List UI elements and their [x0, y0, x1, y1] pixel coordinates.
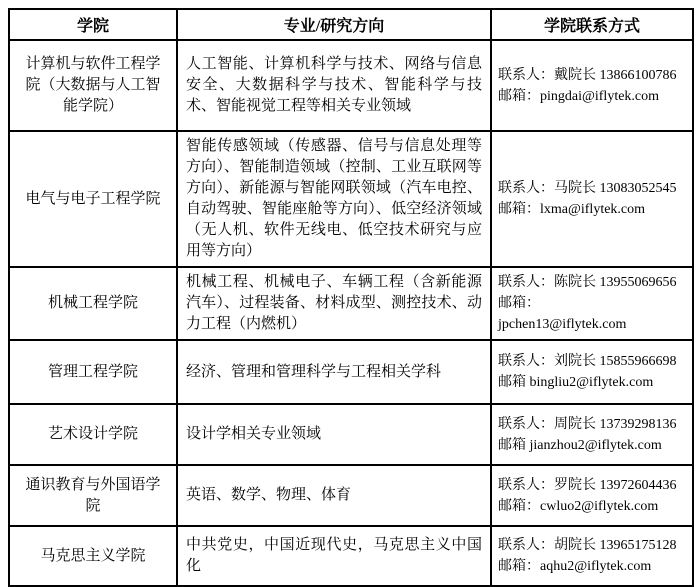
contact-person-line: 联系人：马院长 13083052545 — [498, 178, 686, 199]
contact-person-line: 联系人：刘院长 15855966698 — [498, 351, 686, 372]
majors-text: 人工智能、计算机科学与技术、网络与信息安全、大数据科学与技术、智能科学与技术、智… — [177, 40, 491, 131]
contact-person-line: 联系人：罗院长 13972604436 — [498, 475, 686, 496]
contact-email-line: 邮箱：cwluo2@iflytek.com — [498, 496, 686, 517]
college-name: 马克思主义学院 — [9, 526, 177, 586]
contact-email-label-line: 邮箱： — [498, 293, 686, 314]
college-name: 艺术设计学院 — [9, 404, 177, 465]
column-header-college: 学院 — [9, 9, 177, 40]
college-name: 管理工程学院 — [9, 340, 177, 404]
contact-person-line: 联系人：周院长 13739298136 — [498, 414, 686, 435]
contact-cell: 联系人：戴院长 13866100786 邮箱：pingdai@iflytek.c… — [491, 40, 693, 131]
contact-person-line: 联系人：戴院长 13866100786 — [498, 65, 686, 86]
contact-email-line: 邮箱 bingliu2@iflytek.com — [498, 372, 686, 393]
contact-cell: 联系人：周院长 13739298136 邮箱 jianzhou2@iflytek… — [491, 404, 693, 465]
table-row: 通识教育与外国语学院 英语、数学、物理、体育 联系人：罗院长 139726044… — [9, 465, 693, 526]
contact-cell: 联系人：陈院长 13955069656 邮箱： jpchen13@iflytek… — [491, 267, 693, 340]
table-row: 计算机与软件工程学院（大数据与人工智能学院） 人工智能、计算机科学与技术、网络与… — [9, 40, 693, 131]
table-row: 电气与电子工程学院 智能传感领域（传感器、信号与信息处理等方向）、智能制造领域（… — [9, 131, 693, 267]
majors-text: 英语、数学、物理、体育 — [177, 465, 491, 526]
contact-email-line: jpchen13@iflytek.com — [498, 314, 686, 335]
contact-cell: 联系人：刘院长 15855966698 邮箱 bingliu2@iflytek.… — [491, 340, 693, 404]
page-background: 学院 专业/研究方向 学院联系方式 计算机与软件工程学院（大数据与人工智能学院）… — [0, 0, 699, 562]
column-header-majors: 专业/研究方向 — [177, 9, 491, 40]
college-name: 计算机与软件工程学院（大数据与人工智能学院） — [9, 40, 177, 131]
majors-text: 设计学相关专业领域 — [177, 404, 491, 465]
contact-cell: 联系人：马院长 13083052545 邮箱：lxma@iflytek.com — [491, 131, 693, 267]
college-name: 机械工程学院 — [9, 267, 177, 340]
contact-person-line: 联系人：胡院长 13965175128 — [498, 535, 686, 556]
header-row: 学院 专业/研究方向 学院联系方式 — [9, 9, 693, 40]
contact-email-line: 邮箱：aqhu2@iflytek.com — [498, 556, 686, 577]
majors-text: 中共党史，中国近现代史，马克思主义中国化 — [177, 526, 491, 586]
table-row: 管理工程学院 经济、管理和管理科学与工程相关学科 联系人：刘院长 1585596… — [9, 340, 693, 404]
contact-email-line: 邮箱：pingdai@iflytek.com — [498, 86, 686, 107]
contact-cell: 联系人：罗院长 13972604436 邮箱：cwluo2@iflytek.co… — [491, 465, 693, 526]
majors-text: 经济、管理和管理科学与工程相关学科 — [177, 340, 491, 404]
column-header-contact: 学院联系方式 — [491, 9, 693, 40]
college-name: 通识教育与外国语学院 — [9, 465, 177, 526]
contact-person-line: 联系人：陈院长 13955069656 — [498, 272, 686, 293]
table-row: 艺术设计学院 设计学相关专业领域 联系人：周院长 13739298136 邮箱 … — [9, 404, 693, 465]
contact-email-line: 邮箱 jianzhou2@iflytek.com — [498, 435, 686, 456]
majors-text: 智能传感领域（传感器、信号与信息处理等方向）、智能制造领域（控制、工业互联网等方… — [177, 131, 491, 267]
table-row: 马克思主义学院 中共党史，中国近现代史，马克思主义中国化 联系人：胡院长 139… — [9, 526, 693, 586]
college-name: 电气与电子工程学院 — [9, 131, 177, 267]
contact-email-line: 邮箱：lxma@iflytek.com — [498, 199, 686, 220]
college-contact-table: 学院 专业/研究方向 学院联系方式 计算机与软件工程学院（大数据与人工智能学院）… — [8, 8, 694, 587]
table-row: 机械工程学院 机械工程、机械电子、车辆工程（含新能源汽车）、过程装备、材料成型、… — [9, 267, 693, 340]
majors-text: 机械工程、机械电子、车辆工程（含新能源汽车）、过程装备、材料成型、测控技术、动力… — [177, 267, 491, 340]
contact-cell: 联系人：胡院长 13965175128 邮箱：aqhu2@iflytek.com — [491, 526, 693, 586]
